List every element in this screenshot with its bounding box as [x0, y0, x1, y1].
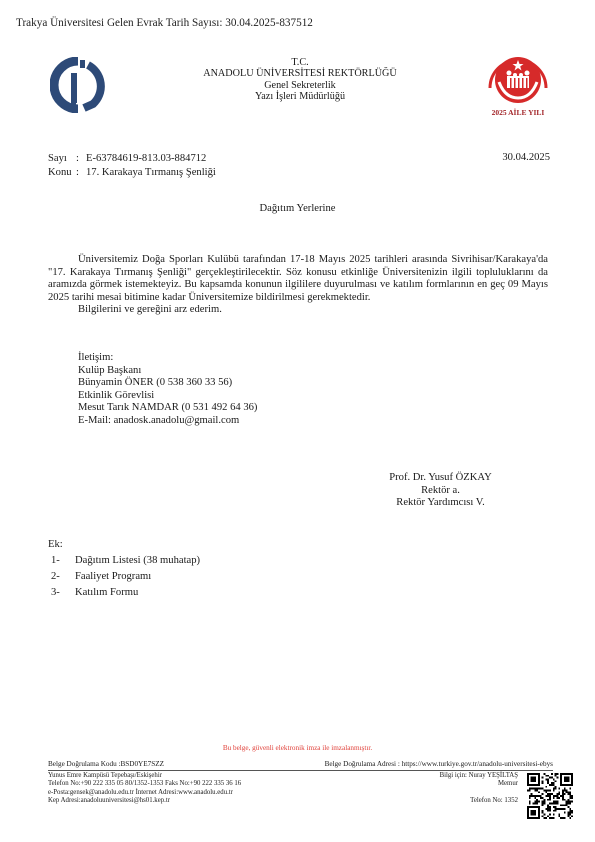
- konu-separator: :: [76, 166, 86, 180]
- info-title: Memur: [400, 780, 518, 788]
- kep-line: Kep Adresi:anadoluuniversitesi@hs01.kep.…: [48, 797, 241, 805]
- attachment-item: 3- Katılım Formu: [48, 585, 200, 601]
- document-date: 30.04.2025: [502, 152, 550, 163]
- header-line-tc: T.C.: [150, 57, 450, 68]
- footer-address: Yunus Emre Kampüsü Tepebaşı/Eskişehir Te…: [48, 772, 241, 805]
- institution-header: T.C. ANADOLU ÜNİVERSİTESİ REKTÖRLÜĞÜ Gen…: [150, 57, 450, 102]
- attachments-label: Ek:: [48, 537, 200, 553]
- contact-block: İletişim: Kulüp Başkanı Bünyamin ÖNER (0…: [78, 352, 257, 428]
- sayi-value: E-63784619-813.03-884712: [86, 152, 206, 166]
- address-line: Yunus Emre Kampüsü Tepebaşı/Eskişehir: [48, 772, 241, 780]
- verification-bar: Belge Doğrulama Kodu :BSD0YE7SZZ Belge D…: [48, 760, 553, 771]
- closing-line: Bilgilerini ve gereğini arz ederim.: [48, 304, 548, 317]
- sayi-label: Sayı: [48, 152, 76, 166]
- recipient: Dağıtım Yerlerine: [0, 203, 595, 214]
- aile-yili-logo-text: 2025 AİLE YILI: [492, 107, 545, 117]
- document-meta: Sayı : E-63784619-813.03-884712 Konu : 1…: [48, 152, 216, 179]
- signatory-name: Prof. Dr. Yusuf ÖZKAY: [363, 472, 518, 485]
- contact-role-president: Kulüp Başkanı: [78, 365, 257, 378]
- konu-row: Konu : 17. Karakaya Tırmanış Şenliği: [48, 166, 216, 180]
- aile-yili-logo-icon: 2025 AİLE YILI: [483, 48, 553, 120]
- esign-notice: Bu belge, güvenli elektronik imza ile im…: [0, 744, 595, 752]
- info-contact: Bilgi için: Nuray YEŞİLTAŞ: [400, 772, 518, 780]
- header-line-secretariat: Genel Sekreterlik: [150, 80, 450, 91]
- incoming-document-stamp: Trakya Üniversitesi Gelen Evrak Tarih Sa…: [16, 17, 313, 29]
- signatory-title-2: Rektör Yardımcısı V.: [363, 497, 518, 510]
- sayi-row: Sayı : E-63784619-813.03-884712: [48, 152, 216, 166]
- footer-info: Bilgi için: Nuray YEŞİLTAŞ Memur Telefon…: [400, 772, 518, 805]
- signatory-title-1: Rektör a.: [363, 485, 518, 498]
- phone-line: Telefon No:+90 222 335 05 80/1352-1353 F…: [48, 780, 241, 788]
- body-paragraph: Üniversitemiz Doğa Sporları Kulübü taraf…: [48, 254, 548, 304]
- header-line-directorate: Yazı İşleri Müdürlüğü: [150, 91, 450, 102]
- signature-block: Prof. Dr. Yusuf ÖZKAY Rektör a. Rektör Y…: [363, 472, 518, 510]
- contact-officer: Mesut Tarık NAMDAR (0 531 492 64 36): [78, 402, 257, 415]
- verification-address[interactable]: Belge Doğrulama Adresi : https://www.tur…: [325, 760, 553, 768]
- contact-president: Bünyamin ÖNER (0 538 360 33 56): [78, 377, 257, 390]
- attachment-item: 2- Faaliyet Programı: [48, 569, 200, 585]
- sayi-separator: :: [76, 152, 86, 166]
- attachments: Ek: 1- Dağıtım Listesi (38 muhatap) 2- F…: [48, 537, 200, 601]
- verification-code: Belge Doğrulama Kodu :BSD0YE7SZZ: [48, 760, 164, 768]
- info-phone: Telefon No: 1352: [400, 797, 518, 805]
- contact-role-officer: Etkinlik Görevlisi: [78, 390, 257, 403]
- attachment-item: 1- Dağıtım Listesi (38 muhatap): [48, 553, 200, 569]
- anadolu-university-logo-icon: [50, 57, 106, 113]
- letter-body: Üniversitemiz Doğa Sporları Kulübü taraf…: [48, 254, 548, 317]
- konu-label: Konu: [48, 166, 76, 180]
- contact-email: E-Mail: anadosk.anadolu@gmail.com: [78, 415, 257, 428]
- qr-code-icon[interactable]: [527, 773, 573, 819]
- header-line-university: ANADOLU ÜNİVERSİTESİ REKTÖRLÜĞÜ: [150, 68, 450, 79]
- konu-value: 17. Karakaya Tırmanış Şenliği: [86, 166, 216, 180]
- contact-heading: İletişim:: [78, 352, 257, 365]
- email-web-line: e-Posta:gensek@anadolu.edu.tr İnternet A…: [48, 789, 241, 797]
